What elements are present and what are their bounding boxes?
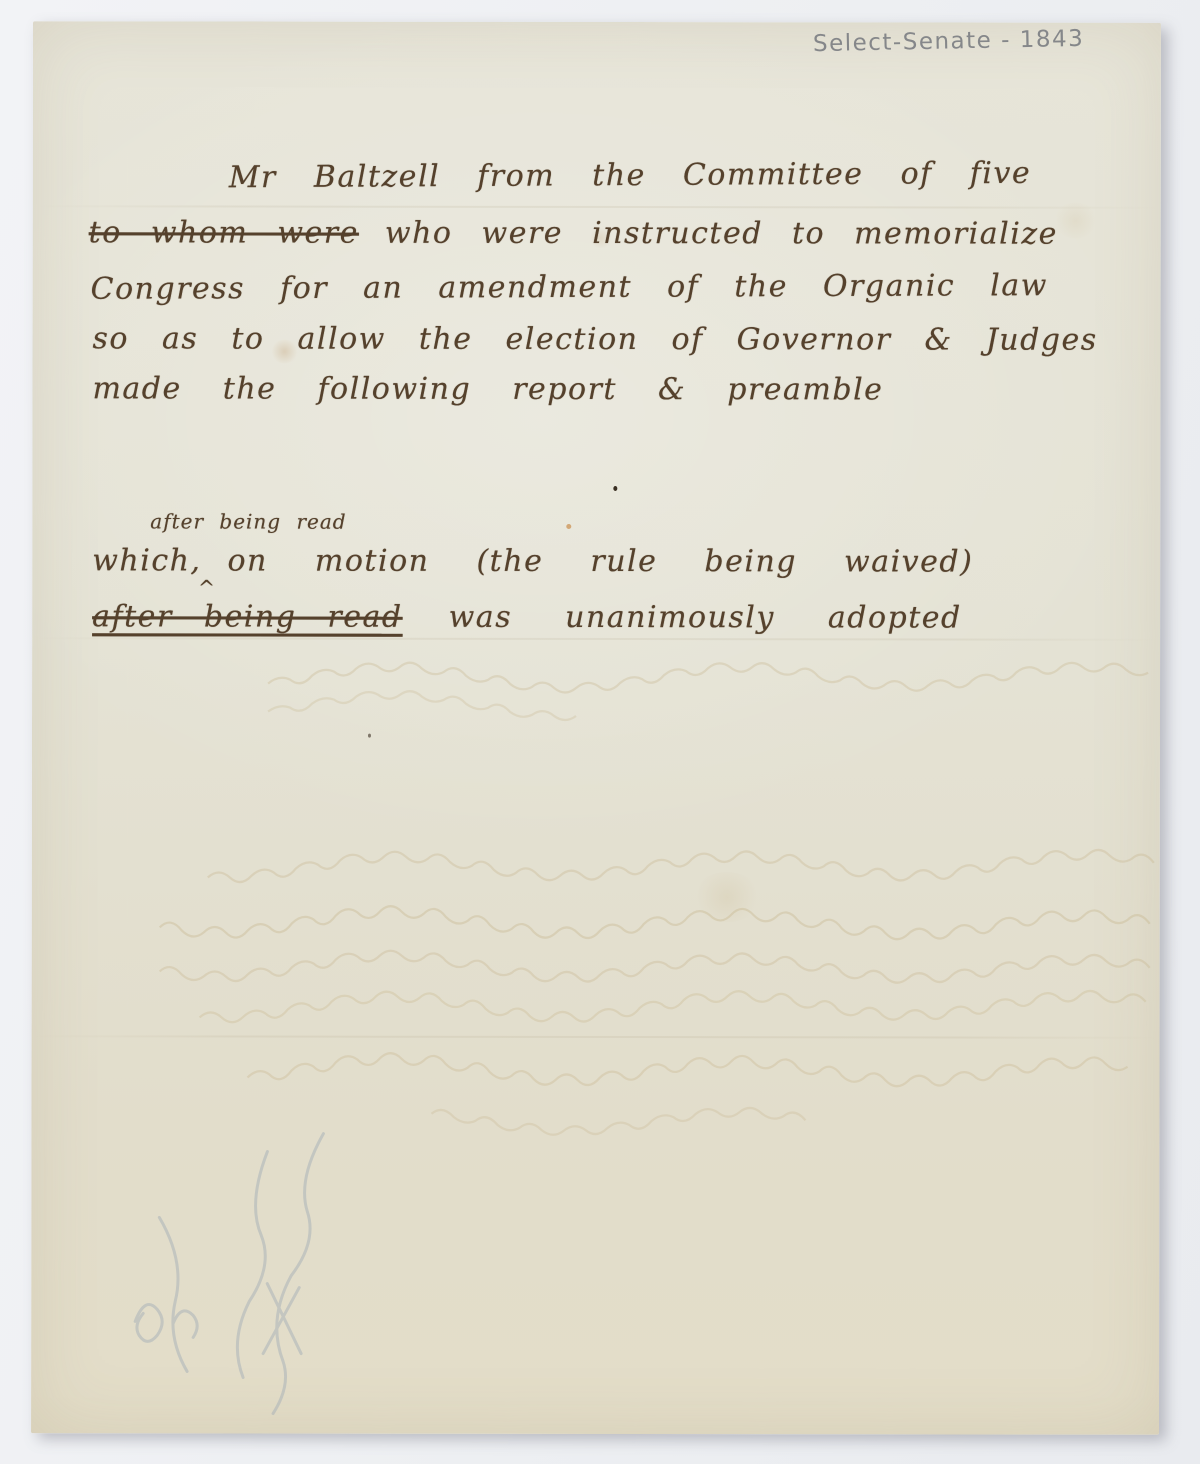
paper-crease [32,1035,1160,1039]
foxing-stain [1053,203,1099,239]
ink-speck [566,524,571,529]
struck-text: after being read [92,599,403,634]
line-text: who were instructed to memorialize [385,216,1058,252]
manuscript-line-2: to whom werewho were instructed to memor… [89,215,1058,251]
struck-text: to whom were [89,215,359,250]
insertion-caret: ^ [198,575,216,599]
line-text: was unanimously adopted [449,600,962,636]
manuscript-page: Select-Senate - 1843 Mr Baltzell from th… [31,21,1161,1435]
line-text: which, [92,543,201,578]
ink-speck [613,486,617,491]
manuscript-line-6: which,on motion (the rule being waived) [92,543,973,579]
interline-insertion: after being read [150,509,346,533]
manuscript-line-7: after being readwas unanimously adopted [92,599,962,635]
manuscript-line-3: Congress for an amendment of the Organic… [91,268,1048,307]
paper-crease [32,637,1160,641]
manuscript-line-5: made the following report & preamble [92,371,883,407]
line-text: on motion (the rule being waived) [227,543,973,579]
scanned-document: Select-Senate - 1843 Mr Baltzell from th… [0,0,1200,1464]
foxing-stain [692,872,762,922]
manuscript-line-4: so as to allow the election of Governor … [93,321,1098,357]
paper-crease [33,205,1161,209]
archival-annotation: Select-Senate - 1843 [813,26,1085,57]
manuscript-line-1: Mr Baltzell from the Committee of five [229,156,1032,195]
ink-speck [368,734,371,738]
